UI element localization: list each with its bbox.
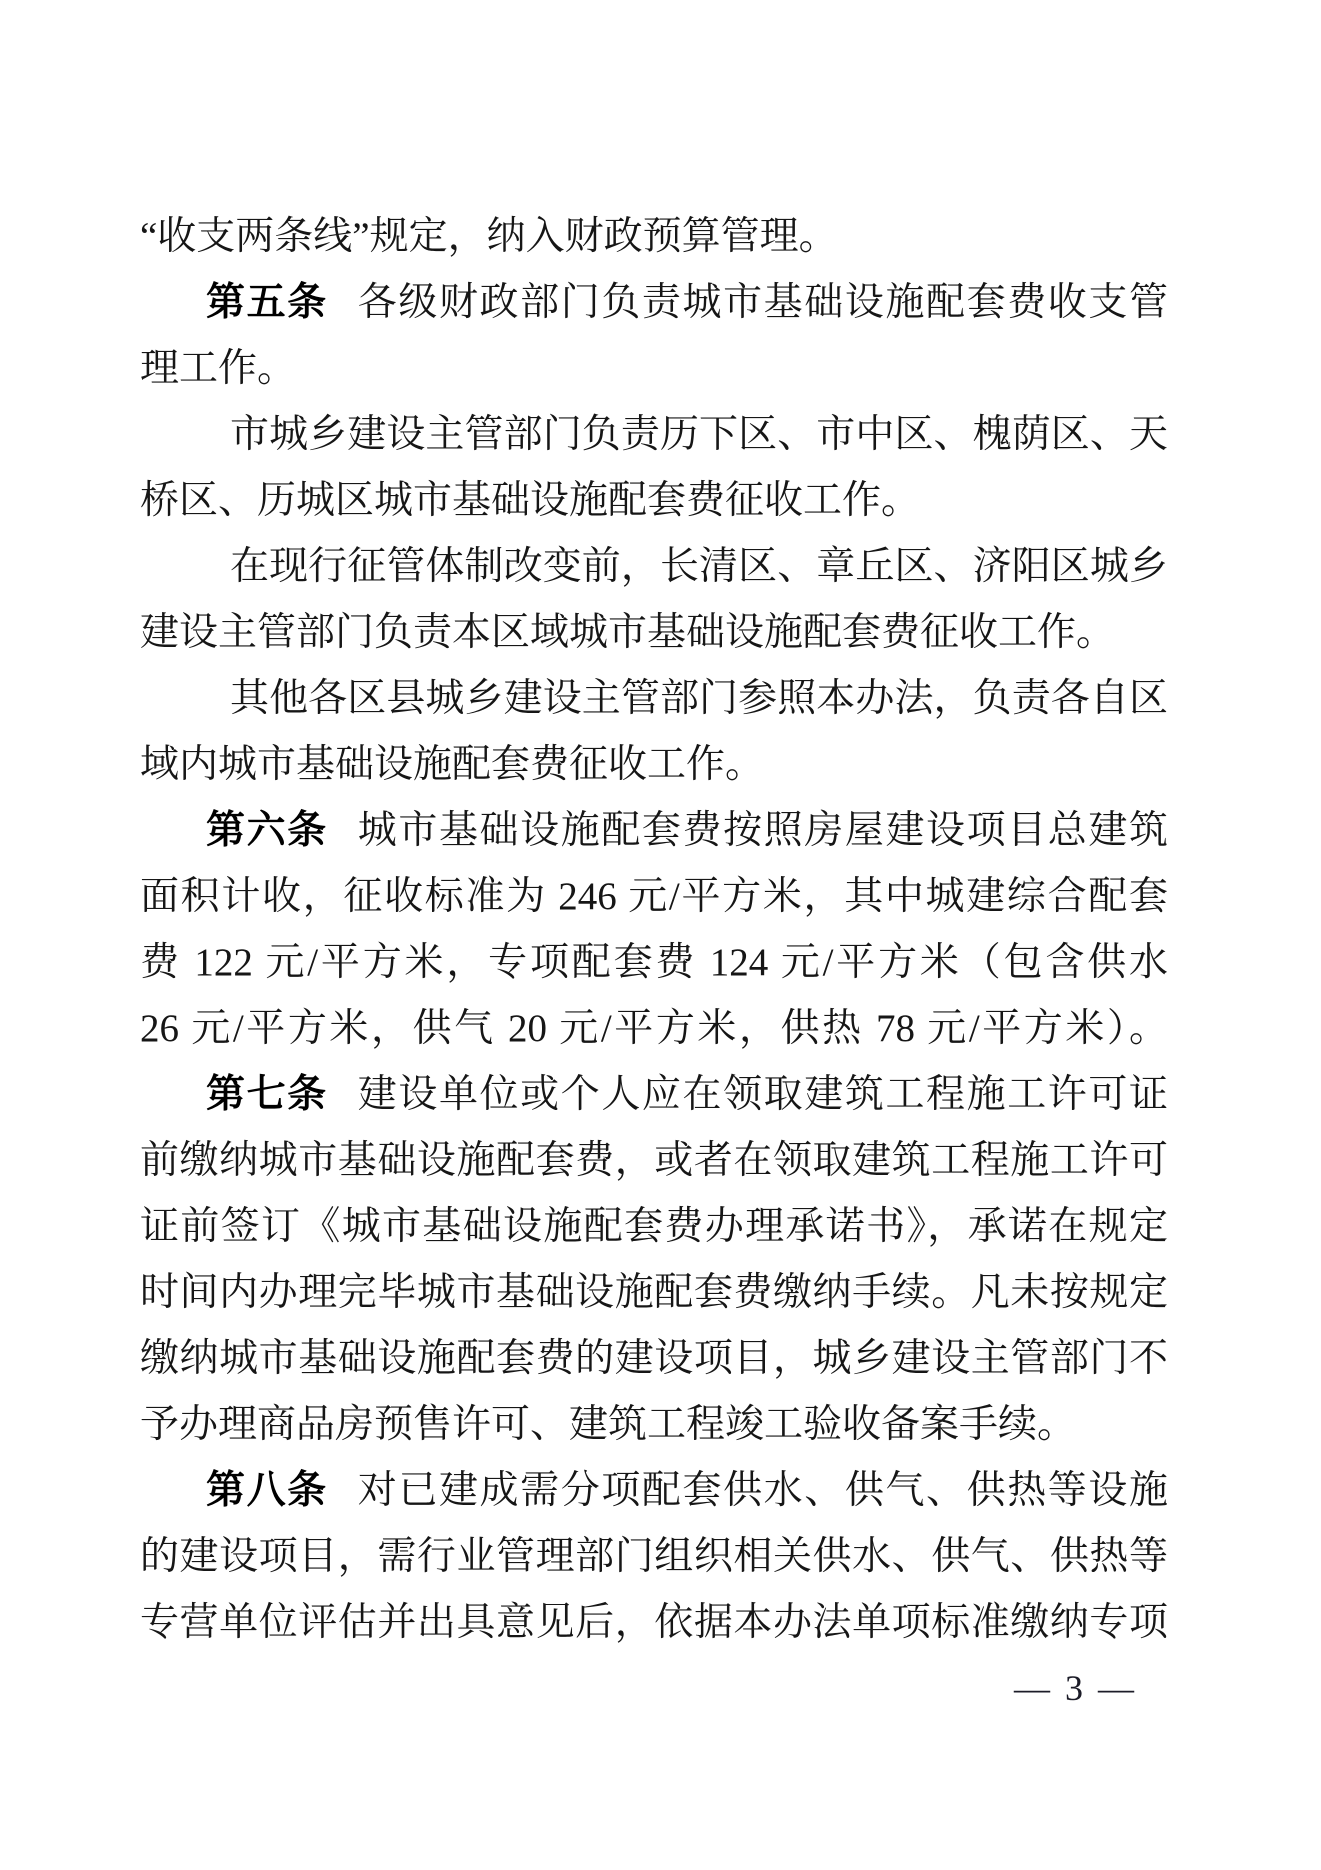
line-text: 的建设项目，需行业管理部门组织相关供水、供气、供热等 <box>140 1535 1168 1578</box>
text-line: 桥区、历城区城市基础设施配套费征收工作。 <box>140 468 1168 534</box>
document-body: “收支两条线”规定，纳入财政预算管理。 第五条各级财政部门负责城市基础设施配套费… <box>140 204 1168 1656</box>
text-line: 第七条建设单位或个人应在领取建筑工程施工许可证 <box>140 1062 1168 1128</box>
text-line: 第六条城市基础设施配套费按照房屋建设项目总建筑 <box>140 798 1168 864</box>
line-text: 对已建成需分项配套供水、供气、供热等设施 <box>358 1469 1168 1512</box>
text-line: 在现行征管体制改变前，长清区、章丘区、济阳区城乡 <box>140 534 1168 600</box>
text-line: 专营单位评估并出具意见后，依据本办法单项标准缴纳专项 <box>140 1590 1168 1656</box>
line-text: 建设主管部门负责本区域城市基础设施配套费征收工作。 <box>140 611 1115 654</box>
text-line: 理工作。 <box>140 336 1168 402</box>
text-line: 时间内办理完毕城市基础设施配套费缴纳手续。凡未按规定 <box>140 1260 1168 1326</box>
line-text: 各级财政部门负责城市基础设施配套费收支管 <box>358 281 1168 324</box>
line-text: 证前签订《城市基础设施配套费办理承诺书》，承诺在规定 <box>140 1205 1168 1248</box>
line-text: 前缴纳城市基础设施配套费，或者在领取建筑工程施工许可 <box>140 1139 1168 1182</box>
text-line: 证前签订《城市基础设施配套费办理承诺书》，承诺在规定 <box>140 1194 1168 1260</box>
text-line: 面积计收，征收标准为 246 元/平方米，其中城建综合配套 <box>140 864 1168 930</box>
text-line: 前缴纳城市基础设施配套费，或者在领取建筑工程施工许可 <box>140 1128 1168 1194</box>
article-number: 第六条 <box>206 809 328 852</box>
line-text: 缴纳城市基础设施配套费的建设项目，城乡建设主管部门不 <box>140 1337 1168 1380</box>
text-line: 域内城市基础设施配套费征收工作。 <box>140 732 1168 798</box>
page-number: — 3 — <box>1014 1662 1137 1714</box>
line-text: 费 122 元/平方米，专项配套费 124 元/平方米（包含供水 <box>140 941 1168 984</box>
text-line: 建设主管部门负责本区域城市基础设施配套费征收工作。 <box>140 600 1168 666</box>
text-line: 其他各区县城乡建设主管部门参照本办法，负责各自区 <box>140 666 1168 732</box>
line-text: 理工作。 <box>140 347 296 390</box>
article-number: 第七条 <box>206 1073 328 1116</box>
article-number: 第五条 <box>206 281 328 324</box>
line-text: 其他各区县城乡建设主管部门参照本办法，负责各自区 <box>230 677 1168 720</box>
text-line: 的建设项目，需行业管理部门组织相关供水、供气、供热等 <box>140 1524 1168 1590</box>
text-line: 市城乡建设主管部门负责历下区、市中区、槐荫区、天 <box>140 402 1168 468</box>
text-line: 费 122 元/平方米，专项配套费 124 元/平方米（包含供水 <box>140 930 1168 996</box>
text-line: 第八条对已建成需分项配套供水、供气、供热等设施 <box>140 1458 1168 1524</box>
line-text: 桥区、历城区城市基础设施配套费征收工作。 <box>140 479 920 522</box>
text-line: 缴纳城市基础设施配套费的建设项目，城乡建设主管部门不 <box>140 1326 1168 1392</box>
text-line: 26 元/平方米，供气 20 元/平方米，供热 78 元/平方米）。 <box>140 996 1168 1062</box>
line-text: 在现行征管体制改变前，长清区、章丘区、济阳区城乡 <box>230 545 1168 588</box>
line-text: 面积计收，征收标准为 246 元/平方米，其中城建综合配套 <box>140 875 1168 918</box>
line-text: 26 元/平方米，供气 20 元/平方米，供热 78 元/平方米）。 <box>140 1007 1168 1050</box>
line-text: 城市基础设施配套费按照房屋建设项目总建筑 <box>358 809 1168 852</box>
line-text: “收支两条线”规定，纳入财政预算管理。 <box>140 215 838 258</box>
line-text: 时间内办理完毕城市基础设施配套费缴纳手续。凡未按规定 <box>140 1271 1168 1314</box>
text-line: “收支两条线”规定，纳入财政预算管理。 <box>140 204 1168 270</box>
line-text: 予办理商品房预售许可、建筑工程竣工验收备案手续。 <box>140 1403 1076 1446</box>
line-text: 市城乡建设主管部门负责历下区、市中区、槐荫区、天 <box>230 413 1168 456</box>
line-text: 专营单位评估并出具意见后，依据本办法单项标准缴纳专项 <box>140 1601 1168 1644</box>
text-line: 第五条各级财政部门负责城市基础设施配套费收支管 <box>140 270 1168 336</box>
article-number: 第八条 <box>206 1469 328 1512</box>
text-line: 予办理商品房预售许可、建筑工程竣工验收备案手续。 <box>140 1392 1168 1458</box>
line-text: 建设单位或个人应在领取建筑工程施工许可证 <box>358 1073 1168 1116</box>
line-text: 域内城市基础设施配套费征收工作。 <box>140 743 764 786</box>
